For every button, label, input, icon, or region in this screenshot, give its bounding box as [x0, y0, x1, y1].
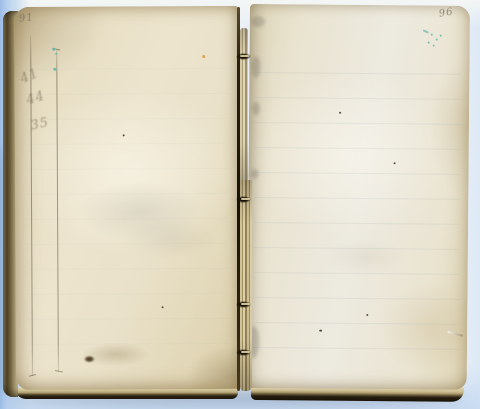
left-margin-line-outer: [30, 35, 33, 376]
teal-ink-speck: [428, 42, 430, 44]
dark-speck: [394, 162, 396, 164]
dark-speck: [319, 330, 322, 332]
pencil-annotation: 41: [18, 66, 41, 87]
ink-stain: [84, 356, 95, 363]
left-page-number: 91: [19, 12, 35, 25]
pencil-annotation: 35: [29, 115, 50, 134]
teal-ink-speck: [53, 68, 56, 71]
stitch-thread: [241, 303, 250, 305]
scan-background: 91 41 44 35 96: [0, 0, 480, 409]
dark-speck: [162, 306, 164, 308]
margin-line-tick: [29, 374, 36, 377]
stitch-thread: [241, 198, 250, 200]
pencil-annotation: 44: [25, 89, 47, 109]
stitch-thread: [241, 351, 250, 353]
dark-speck: [123, 134, 125, 136]
teal-ink-speck: [431, 34, 433, 36]
left-margin-line-inner: [56, 49, 59, 372]
dark-speck: [366, 314, 368, 316]
margin-line-tick: [55, 370, 63, 372]
gutter-smudge: [252, 102, 260, 115]
right-page-number: 96: [438, 7, 454, 20]
teal-ink-speck: [55, 53, 57, 55]
teal-ink-speck: [52, 48, 55, 51]
page-edge-tear: [447, 331, 463, 337]
teal-ink-speck: [436, 39, 438, 41]
gutter-smudge: [250, 169, 258, 179]
right-page-ruling: [253, 62, 462, 364]
teal-ink-speck: [440, 35, 442, 37]
spine-stitching: [240, 28, 248, 180]
gutter-smudge: [251, 56, 260, 78]
spine-stitching: [240, 180, 252, 391]
orange-speck: [202, 55, 205, 58]
gutter-smudge: [252, 16, 265, 27]
stitch-thread: [240, 55, 249, 57]
teal-ink-dash: [423, 29, 429, 33]
dark-speck: [339, 112, 341, 114]
teal-ink-speck: [433, 45, 435, 47]
right-page: 96: [247, 4, 470, 390]
left-page: 91 41 44 35: [14, 6, 240, 390]
